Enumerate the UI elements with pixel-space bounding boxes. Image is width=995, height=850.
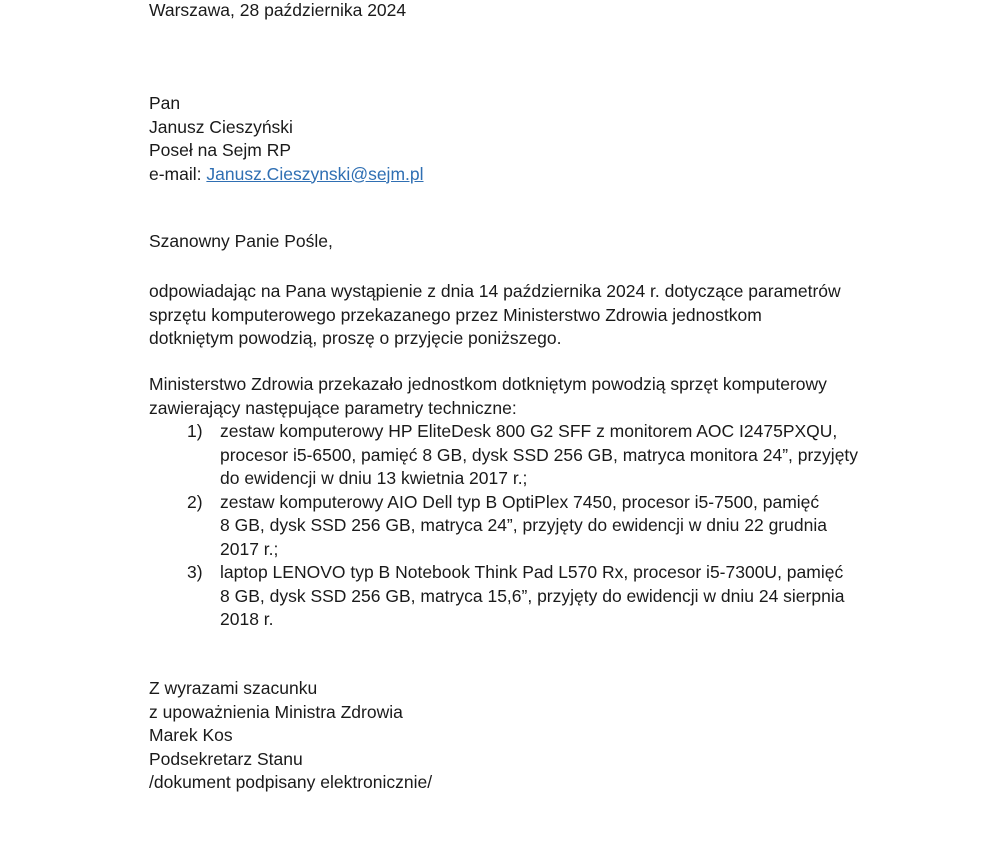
list-item-line: procesor i5-6500, pamięć 8 GB, dysk SSD … [220,444,910,468]
paragraph-line: odpowiadając na Pana wystąpienie z dnia … [149,280,929,304]
list-number: 1) [187,420,203,444]
addressee-block: Pan Janusz Cieszyński Poseł na Sejm RP e… [149,92,424,186]
paragraph-line: dotkniętym powodzią, proszę o przyjęcie … [149,327,929,351]
list-item-line: zestaw komputerowy AIO Dell typ B OptiPl… [220,491,910,515]
salutation: Szanowny Panie Pośle, [149,230,333,254]
list-item-line: do ewidencji w dniu 13 kwietnia 2017 r.; [220,467,910,491]
equipment-list-item: 2) zestaw komputerowy AIO Dell typ B Opt… [149,491,910,562]
list-item-line: 8 GB, dysk SSD 256 GB, matryca 24”, przy… [220,514,910,538]
paragraph-equipment: Ministerstwo Zdrowia przekazało jednostk… [149,373,929,632]
closing-regards: Z wyrazami szacunku [149,677,432,701]
equipment-list-item: 1) zestaw komputerowy HP EliteDesk 800 G… [149,420,910,491]
addressee-name: Janusz Cieszyński [149,116,424,140]
list-number: 2) [187,491,203,515]
list-item-line: 2018 r. [220,608,910,632]
equipment-list: 1) zestaw komputerowy HP EliteDesk 800 G… [149,420,929,632]
email-label: e-mail: [149,164,206,184]
signatory-name: Marek Kos [149,724,432,748]
signatory-title: Podsekretarz Stanu [149,748,432,772]
place-date: Warszawa, 28 października 2024 [149,0,406,23]
paragraph-line: zawierający następujące parametry techni… [149,397,929,421]
addressee-email-line: e-mail: Janusz.Cieszynski@sejm.pl [149,163,424,187]
paragraph-line: Ministerstwo Zdrowia przekazało jednostk… [149,373,929,397]
closing-block: Z wyrazami szacunku z upoważnienia Minis… [149,677,432,795]
list-item-line: laptop LENOVO typ B Notebook Think Pad L… [220,561,910,585]
addressee-title: Pan [149,92,424,116]
list-number: 3) [187,561,203,585]
addressee-position: Poseł na Sejm RP [149,139,424,163]
closing-authority: z upoważnienia Ministra Zdrowia [149,701,432,725]
paragraph-line: sprzętu komputerowego przekazanego przez… [149,304,929,328]
list-item-line: 2017 r.; [220,538,910,562]
paragraph-response: odpowiadając na Pana wystąpienie z dnia … [149,280,929,351]
list-item-line: 8 GB, dysk SSD 256 GB, matryca 15,6”, pr… [220,585,910,609]
equipment-list-item: 3) laptop LENOVO typ B Notebook Think Pa… [149,561,910,632]
list-item-line: zestaw komputerowy HP EliteDesk 800 G2 S… [220,420,910,444]
email-link[interactable]: Janusz.Cieszynski@sejm.pl [206,164,423,184]
signature-note: /dokument podpisany elektronicznie/ [149,771,432,795]
